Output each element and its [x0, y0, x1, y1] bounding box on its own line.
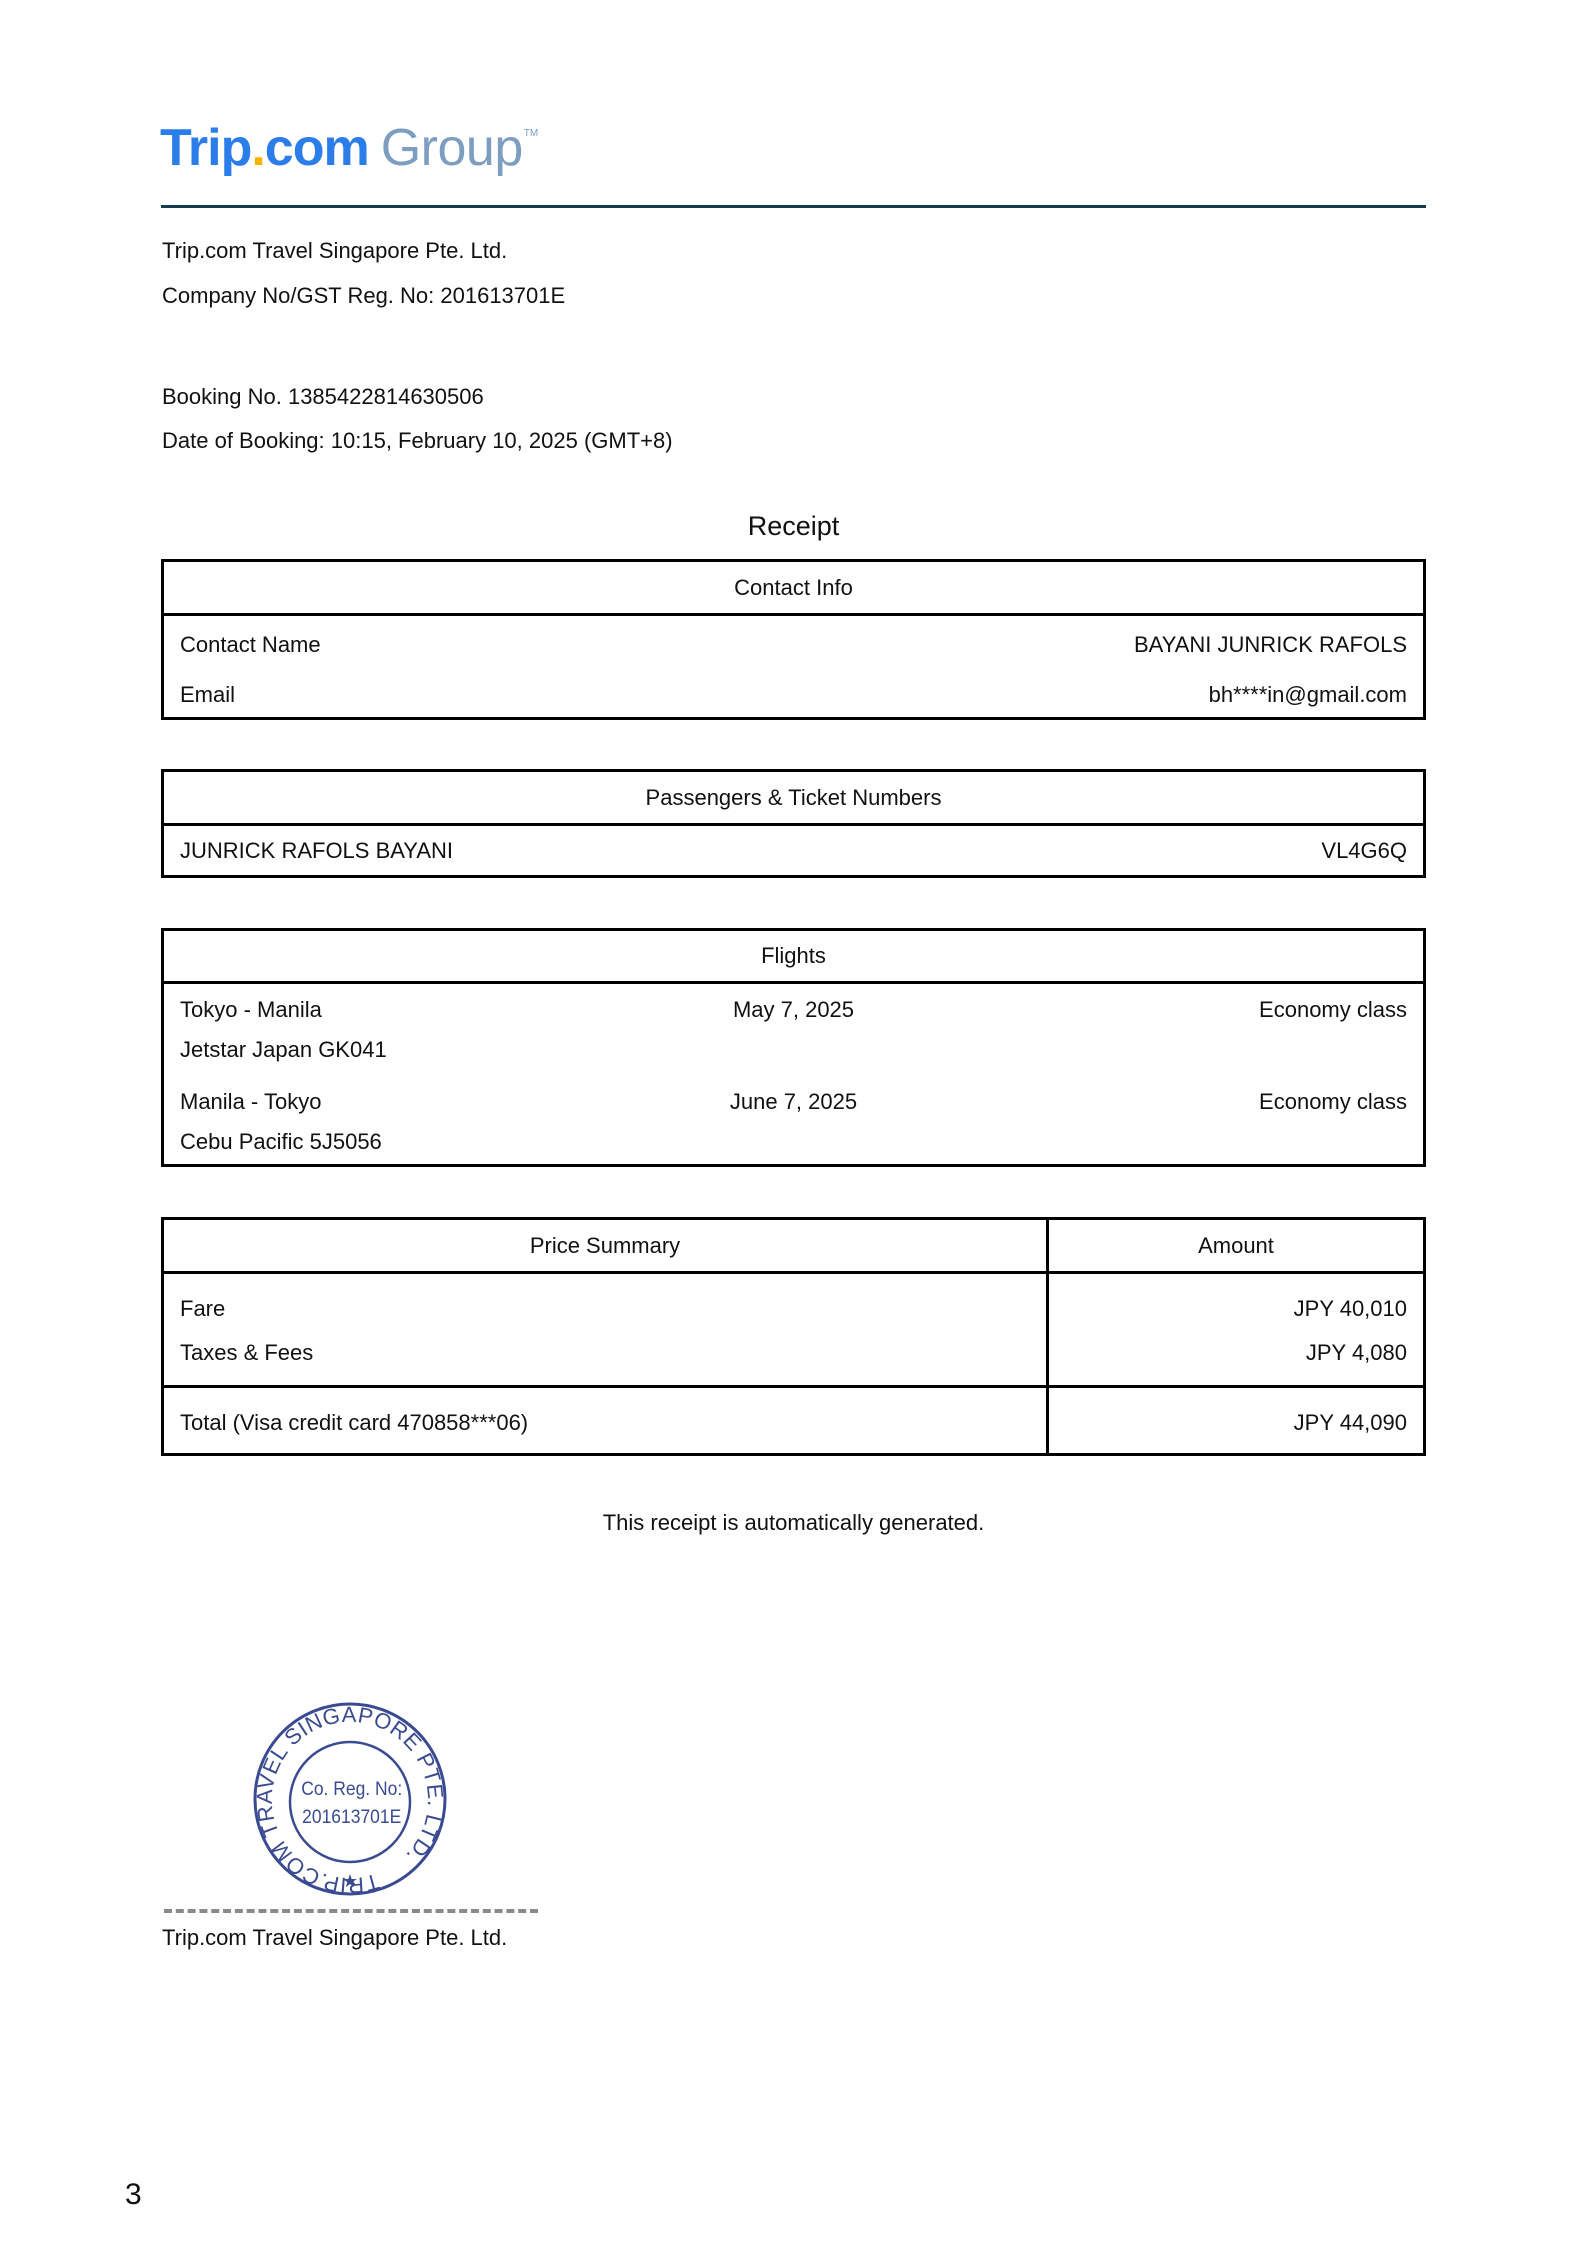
- email-value: bh****in@gmail.com: [1209, 682, 1407, 708]
- flight-2-route: Manila - Tokyo: [180, 1089, 321, 1115]
- trip-com-group-logo: Trip.comGroupTM: [160, 118, 538, 180]
- contact-name-row: Contact Name BAYANI JUNRICK RAFOLS: [180, 632, 1407, 658]
- auto-generated-note: This receipt is automatically generated.: [161, 1510, 1426, 1536]
- flight-row-2: Manila - Tokyo June 7, 2025 Economy clas…: [180, 1089, 1407, 1115]
- total-label: Total (Visa credit card 470858***06): [180, 1410, 528, 1436]
- flight-1-date: May 7, 2025: [180, 997, 1407, 1023]
- header-rule: [161, 205, 1426, 208]
- trademark-mark: TM: [524, 128, 538, 139]
- logo-trip: Trip.com: [160, 119, 369, 177]
- total-divider: [164, 1385, 1423, 1388]
- flight-1-class: Economy class: [1259, 997, 1407, 1023]
- signature-company-name: Trip.com Travel Singapore Pte. Ltd.: [162, 1925, 507, 1951]
- logo-group: Group: [381, 119, 523, 177]
- fare-label: Fare: [180, 1296, 225, 1322]
- page-number: 3: [125, 2178, 142, 2212]
- signature-line: [164, 1909, 538, 1913]
- stamp-reg-number: 201613701E: [302, 1805, 401, 1827]
- flight-1-carrier: Jetstar Japan GK041: [180, 1037, 387, 1063]
- ticket-number: VL4G6Q: [1321, 838, 1407, 864]
- contact-name-label: Contact Name: [180, 632, 321, 658]
- email-row: Email bh****in@gmail.com: [180, 682, 1407, 708]
- receipt-title: Receipt: [161, 510, 1426, 542]
- flight-1-carrier-row: Jetstar Japan GK041: [180, 1037, 1407, 1063]
- flights-table: Flights Tokyo - Manila May 7, 2025 Econo…: [161, 928, 1426, 1167]
- flight-2-class: Economy class: [1259, 1089, 1407, 1115]
- flight-row-1: Tokyo - Manila May 7, 2025 Economy class: [180, 997, 1407, 1023]
- fare-amount: JPY 40,010: [1294, 1296, 1407, 1322]
- flights-header: Flights: [164, 931, 1423, 984]
- flight-2-carrier: Cebu Pacific 5J5056: [180, 1129, 382, 1155]
- taxes-fees-amount: JPY 4,080: [1306, 1340, 1407, 1366]
- company-seal-stamp: TRIP.COM TRAVEL SINGAPORE PTE. LTD. Co. …: [245, 1695, 455, 1905]
- company-reg-number: Company No/GST Reg. No: 201613701E: [162, 283, 565, 309]
- contact-info-table: Contact Info Contact Name BAYANI JUNRICK…: [161, 559, 1426, 720]
- booking-number: Booking No. 1385422814630506: [162, 384, 484, 410]
- price-summary-table: Price Summary Amount Fare JPY 40,010 Tax…: [161, 1217, 1426, 1456]
- passenger-name: JUNRICK RAFOLS BAYANI: [180, 838, 453, 864]
- star-icon: ★: [342, 1871, 358, 1891]
- contact-name-value: BAYANI JUNRICK RAFOLS: [1134, 632, 1407, 658]
- contact-info-header: Contact Info: [164, 562, 1423, 616]
- stamp-reg-label: Co. Reg. No:: [301, 1777, 402, 1799]
- company-name: Trip.com Travel Singapore Pte. Ltd.: [162, 238, 507, 264]
- flight-2-date: June 7, 2025: [180, 1089, 1407, 1115]
- header-divider: [164, 1271, 1423, 1274]
- taxes-fees-label: Taxes & Fees: [180, 1340, 313, 1366]
- amount-header: Amount: [1049, 1233, 1423, 1259]
- passengers-table: Passengers & Ticket Numbers JUNRICK RAFO…: [161, 769, 1426, 878]
- passenger-row: JUNRICK RAFOLS BAYANI VL4G6Q: [180, 838, 1407, 864]
- flight-1-route: Tokyo - Manila: [180, 997, 322, 1023]
- passengers-header: Passengers & Ticket Numbers: [164, 772, 1423, 826]
- flight-2-carrier-row: Cebu Pacific 5J5056: [180, 1129, 1407, 1155]
- total-amount: JPY 44,090: [1294, 1410, 1407, 1436]
- booking-date: Date of Booking: 10:15, February 10, 202…: [162, 428, 673, 454]
- price-summary-header: Price Summary: [164, 1233, 1046, 1259]
- email-label: Email: [180, 682, 235, 708]
